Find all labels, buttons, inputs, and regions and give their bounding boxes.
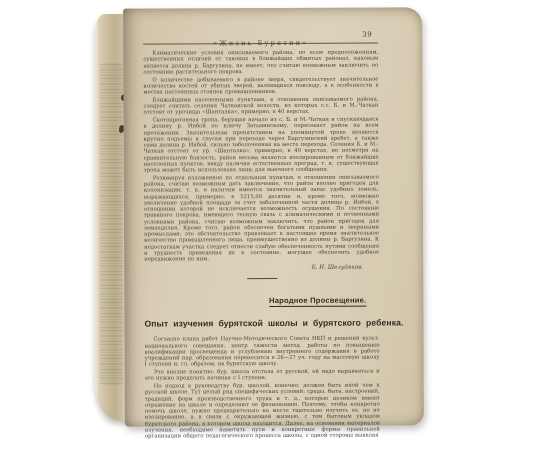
section-divider: [247, 278, 277, 279]
book-page: «Жизнь Бурятии» 39 Климатические условия…: [123, 7, 424, 426]
paragraph: О количестве добываемого в районе зверя,…: [143, 76, 378, 96]
left-page-text-texture: [100, 62, 123, 386]
paragraph: Но подход к руководству бур. школой, кон…: [145, 383, 380, 440]
article-title: Опыт изучения бурятской школы и бурятско…: [144, 318, 379, 329]
paragraph: Скотопрогонная тропа, берущая начало из …: [144, 117, 379, 174]
author-signature: Б. И. Шелудяков.: [144, 265, 379, 272]
page-content: «Жизнь Бурятии» 39 Климатические условия…: [143, 30, 380, 427]
paragraph: Это вполне понятно: бур. школа отстала о…: [145, 369, 380, 383]
section-heading: Народное Просвещение.: [269, 296, 366, 307]
page-number: 39: [362, 31, 372, 39]
page-header: «Жизнь Бурятии» 39: [143, 30, 378, 42]
paragraph: Климатические условия описываемого район…: [143, 50, 378, 76]
book-photo: «Жизнь Бурятии» 39 Климатические условия…: [0, 0, 550, 450]
paragraph: Резюмируя изложенное по отдельным пункта…: [144, 174, 379, 263]
paragraph: Согласно плана работ Научно-Методическог…: [145, 336, 380, 368]
section-heading-row: Народное Просвещение.: [144, 288, 379, 308]
paragraph: Ближайшими населенными пунктами, в отнош…: [143, 96, 378, 116]
journal-title: «Жизнь Бурятии»: [213, 39, 308, 47]
